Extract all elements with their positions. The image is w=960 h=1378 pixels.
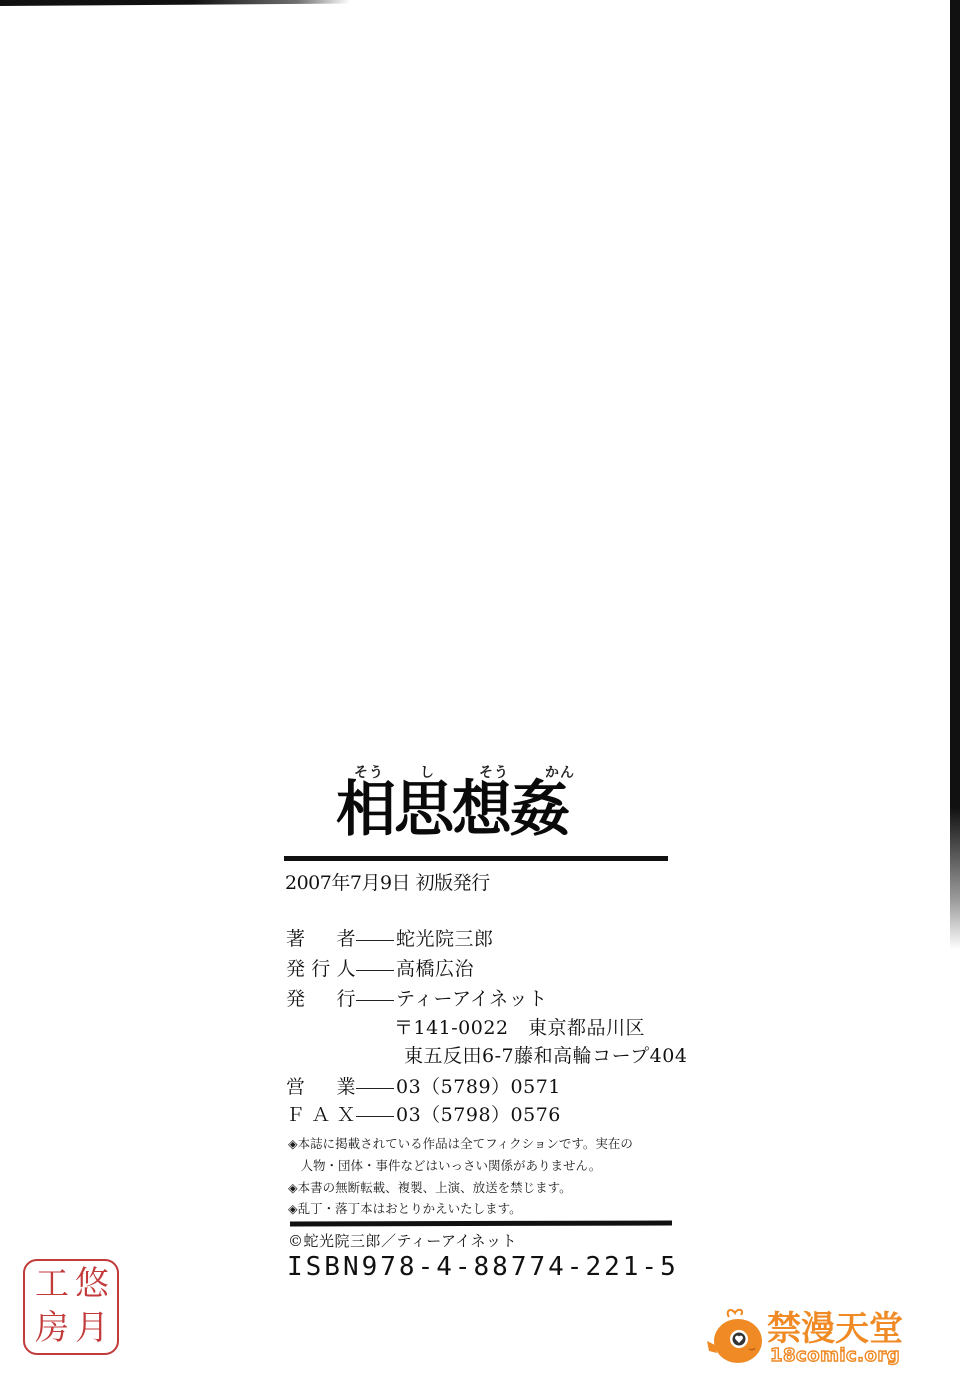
leader-dash <box>356 1000 394 1001</box>
seal-char: 工 <box>35 1267 69 1301</box>
watermark-url: 18comic.org <box>770 1347 900 1365</box>
credit-label: 発 行 <box>286 990 356 1009</box>
leader-dash <box>356 1088 394 1089</box>
footer-rule <box>290 1221 672 1227</box>
notice-line-4: ◈乱丁・落丁本はおとりかえいたします。 <box>288 1199 522 1217</box>
seal-char: 悠 <box>75 1267 109 1301</box>
contact-value: 03（5789）0571 <box>396 1076 561 1098</box>
address-line-2: 東五反田6-7藤和高輪コープ404 <box>404 1047 687 1066</box>
credit-value: 高橋広治 <box>396 958 474 980</box>
credit-publisher: 発 行ティーアイネット <box>286 990 548 1009</box>
isbn: ISBN978-4-88774-221-5 <box>287 1252 679 1282</box>
seal-stamp-icon: 悠 月 工 房 <box>23 1259 119 1355</box>
credit-author: 著 者蛇光院三郎 <box>286 930 494 949</box>
leader-dash <box>356 1116 394 1117</box>
credit-label: 著 者 <box>286 930 356 949</box>
leader-dash <box>356 940 394 941</box>
mascot-logo-icon <box>705 1305 765 1367</box>
scan-edge-right <box>950 0 960 950</box>
credit-label: 発行人 <box>286 960 356 979</box>
address-line-1: 〒141-0022 東京都品川区 <box>394 1019 645 1038</box>
contact-label: ＦＡＸ <box>286 1106 356 1125</box>
contact-label: 営 業 <box>286 1078 356 1097</box>
credit-value: ティーアイネット <box>396 988 548 1010</box>
credit-publisher-person: 発行人高橋広治 <box>286 960 474 979</box>
publication-date: 2007年7月9日 初版発行 <box>285 868 490 895</box>
contact-sales: 営 業03（5789）0571 <box>286 1078 561 1097</box>
contact-value: 03（5798）0576 <box>396 1104 561 1126</box>
title-rule <box>284 856 668 861</box>
leader-dash <box>356 970 394 971</box>
copyright: ©蛇光院三郎／ティーアイネット <box>288 1230 517 1251</box>
notice-line-1: ◈本誌に掲載されている作品は全てフィクションです。実在の <box>288 1134 633 1152</box>
notice-line-3: ◈本書の無断転載、複製、上演、放送を禁じます。 <box>288 1178 572 1196</box>
book-title: 相思想姦 <box>336 780 568 840</box>
notice-line-2: 人物・団体・事件などはいっさい関係がありません。 <box>288 1156 601 1174</box>
contact-fax: ＦＡＸ03（5798）0576 <box>286 1106 561 1125</box>
seal-char: 月 <box>75 1311 109 1345</box>
watermark-name: 禁漫天堂 <box>767 1312 903 1346</box>
scan-edge-top <box>0 0 350 6</box>
seal-char: 房 <box>35 1311 69 1345</box>
credit-value: 蛇光院三郎 <box>396 928 494 950</box>
